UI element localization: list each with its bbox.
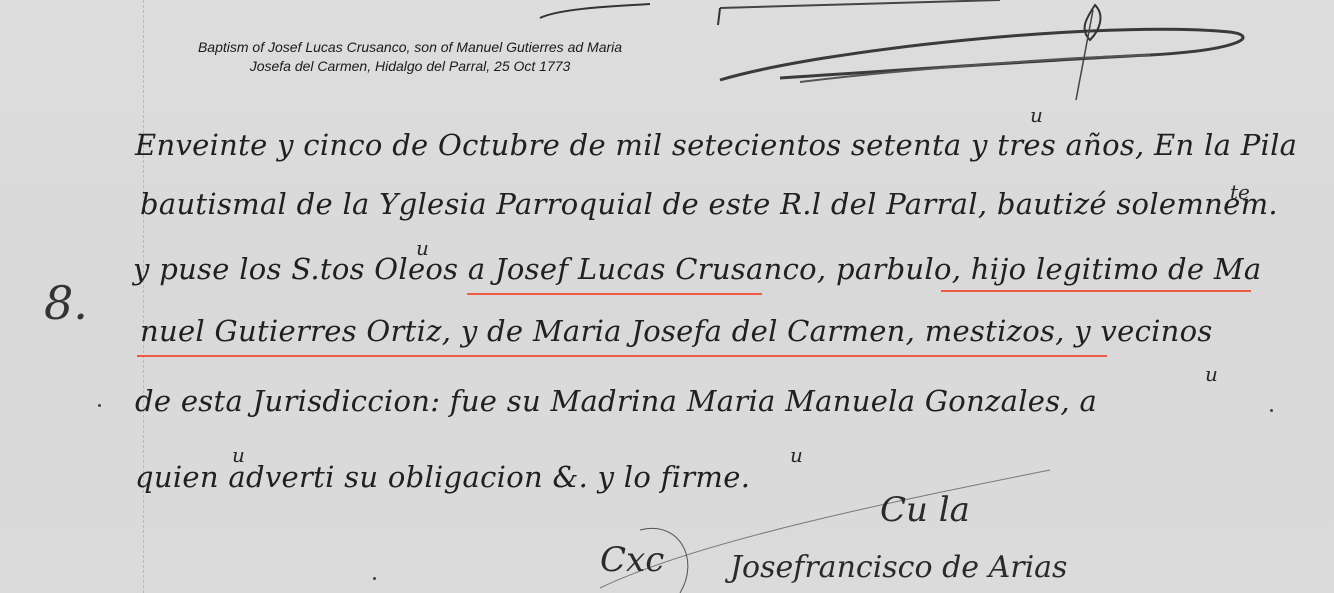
highlight-hijo-legitimo — [941, 290, 1251, 292]
ink-dot — [373, 577, 376, 580]
text-line-5: de esta Jurisdiccion: fue su Madrina Mar… — [135, 384, 1097, 418]
marginal-note: 8. — [44, 276, 88, 330]
text-line-1: Enveinte y cinco de Octubre de mil setec… — [135, 128, 1297, 162]
superscript: u — [416, 236, 429, 260]
text-line-4: nuel Gutierres Ortiz, y de Maria Josefa … — [140, 314, 1213, 348]
text-line-6: quien adverti su obligacion &. y lo firm… — [135, 460, 750, 494]
ink-dot — [1270, 409, 1273, 412]
superscript: te — [1230, 180, 1250, 204]
ink-dot — [98, 404, 101, 407]
caption: Baptism of Josef Lucas Crusanco, son of … — [160, 38, 660, 76]
caption-line-1: Baptism of Josef Lucas Crusanco, son of … — [160, 38, 660, 57]
text-line-3: y puse los S.tos Oleos a Josef Lucas Cru… — [133, 252, 1261, 286]
highlight-child-name — [467, 293, 762, 295]
superscript: u — [1030, 103, 1043, 127]
caption-line-2: Josefa del Carmen, Hidalgo del Parral, 2… — [160, 57, 660, 76]
superscript: u — [790, 443, 803, 467]
signature-left: Cxc — [600, 540, 664, 580]
text-line-2: bautismal de la Yglesia Parroquial de es… — [140, 187, 1278, 221]
superscript: u — [1205, 362, 1218, 386]
document-scan: Baptism of Josef Lucas Crusanco, son of … — [0, 0, 1334, 593]
signature-name: Josefrancisco de Arias — [730, 550, 1067, 585]
signature-above: Cu la — [880, 490, 970, 530]
signature-flourish-icon — [0, 0, 1334, 593]
superscript: u — [232, 443, 245, 467]
highlight-parents — [137, 355, 1107, 357]
